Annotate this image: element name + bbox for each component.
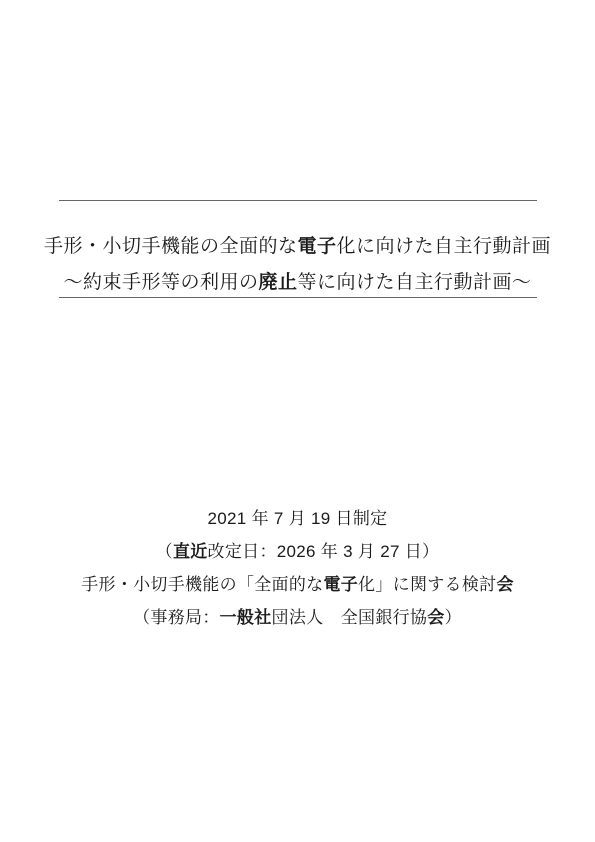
text-segment: 会: [427, 608, 444, 627]
revision-date-line: （直近改定日：2026 年 3 月 27 日）: [0, 535, 595, 568]
horizontal-rule-top: [59, 200, 537, 201]
text-segment: 電子: [323, 575, 358, 594]
text-segment: ）: [445, 608, 462, 627]
horizontal-rule-bottom: [59, 297, 537, 298]
document-title-line1: 手形・小切手機能の全面的な電子化に向けた自主行動計画: [0, 229, 595, 265]
text-segment: 会: [496, 575, 513, 594]
document-info-block: 2021 年 7 月 19 日制定 （直近改定日：2026 年 3 月 27 日…: [0, 502, 595, 634]
text-segment: （事務局：: [133, 608, 220, 627]
text-segment: 電子: [297, 236, 336, 257]
document-title-block: 手形・小切手機能の全面的な電子化に向けた自主行動計画 ～約束手形等の利用の廃止等…: [0, 229, 595, 301]
document-page: 手形・小切手機能の全面的な電子化に向けた自主行動計画 ～約束手形等の利用の廃止等…: [0, 0, 595, 842]
text-segment: ～約束手形等の利用の: [63, 272, 258, 293]
text-segment: 化」に関する検討: [358, 575, 496, 594]
document-title-line2: ～約束手形等の利用の廃止等に向けた自主行動計画～: [0, 265, 595, 301]
text-segment: 廃止: [258, 272, 297, 293]
text-segment: 化に向けた自主行動計画: [337, 236, 552, 257]
text-segment: 直近: [173, 542, 208, 561]
text-segment: 等に向けた自主行動計画～: [298, 272, 532, 293]
text-segment: 改定日：2026 年 3 月 27 日）: [208, 542, 440, 561]
text-segment: （: [156, 542, 173, 561]
text-segment: 手形・小切手機能の全面的な: [44, 236, 298, 257]
text-segment: 手形・小切手機能の「全面的な: [81, 575, 323, 594]
text-segment: 団法人 全国銀行協: [272, 608, 428, 627]
committee-name-line: 手形・小切手機能の「全面的な電子化」に関する検討会: [0, 568, 595, 601]
enactment-date-line: 2021 年 7 月 19 日制定: [0, 502, 595, 535]
text-segment: 一般社: [220, 608, 272, 627]
secretariat-line: （事務局：一般社団法人 全国銀行協会）: [0, 601, 595, 634]
text-segment: 2021 年 7 月 19 日制定: [208, 509, 388, 528]
